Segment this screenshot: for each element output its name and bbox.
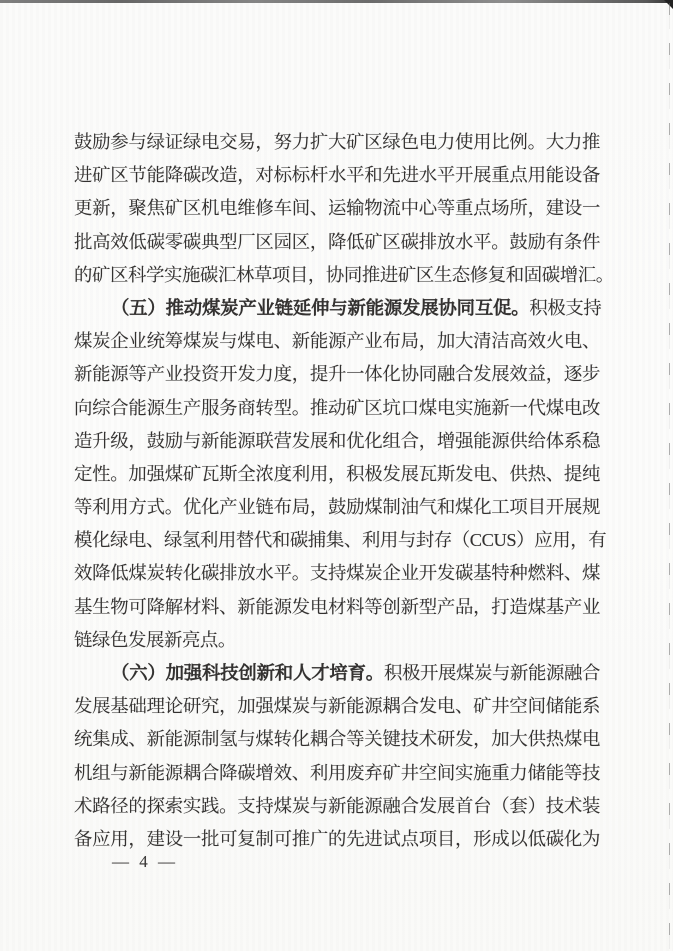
section-6-heading-rest: 积极开展煤炭与新能源融合 — [384, 663, 600, 683]
text-line: 基生物可降解材料、新能源发电材料等创新型产品，打造煤基产业 — [74, 591, 600, 624]
text-line: 进矿区节能降碳改造，对标标杆水平和先进水平开展重点用能设备 — [74, 159, 600, 192]
text-line: 煤炭企业统筹煤炭与煤电、新能源产业布局，加大清洁高效火电、 — [74, 325, 600, 358]
text-line: 新能源等产业投资开发力度，提升一体化协同融合发展效益，逐步 — [74, 358, 600, 391]
text-line: 造升级，鼓励与新能源联营发展和优化组合，增强能源供给体系稳 — [74, 425, 600, 458]
text-line: 更新，聚焦矿区机电维修车间、运输物流中心等重点场所，建设一 — [74, 192, 600, 225]
text-line: 的矿区科学实施碳汇林草项目，协同推进矿区生态修复和固碳增汇。 — [74, 259, 600, 292]
document-body: 鼓励参与绿证绿电交易，努力扩大矿区绿色电力使用比例。大力推 进矿区节能降碳改造，… — [74, 126, 600, 856]
section-5-heading: （五）推动煤炭产业链延伸与新能源发展协同互促。 — [111, 298, 529, 318]
text-line: 统集成、新能源制氢与煤转化耦合等关键技术研发，加大供热煤电 — [74, 723, 600, 756]
text-line: 链绿色发展新亮点。 — [74, 624, 600, 657]
document-page: 鼓励参与绿证绿电交易，努力扩大矿区绿色电力使用比例。大力推 进矿区节能降碳改造，… — [0, 0, 673, 951]
text-line: 发展基础理论研究，加强煤炭与新能源耦合发电、矿井空间储能系 — [74, 690, 600, 723]
text-line: 模化绿电、绿氢利用替代和碳捕集、利用与封存（CCUS）应用，有 — [74, 524, 600, 557]
section-5-heading-rest: 积极支持 — [529, 298, 601, 318]
text-line: 术路径的探索实践。支持煤炭与新能源融合发展首台（套）技术装 — [74, 790, 600, 823]
page-number: — 4 — — [112, 852, 178, 872]
text-line: 向综合能源生产服务商转型。推动矿区坑口煤电实施新一代煤电改 — [74, 392, 600, 425]
text-line: 等利用方式。优化产业链布局，鼓励煤制油气和煤化工项目开展规 — [74, 491, 600, 524]
text-line: 批高效低碳零碳典型厂区园区，降低矿区碳排放水平。鼓励有条件 — [74, 226, 600, 259]
scan-top-edge-artifact — [0, 0, 673, 3]
section-5-first-line: （五）推动煤炭产业链延伸与新能源发展协同互促。积极支持 — [74, 292, 600, 325]
text-line: 机组与新能源耦合降碳增效、利用废弃矿井空间实施重力储能等技 — [74, 757, 600, 790]
text-line: 定性。加强煤矿瓦斯全浓度利用，积极发展瓦斯发电、供热、提纯 — [74, 458, 600, 491]
section-6-first-line: （六）加强科技创新和人才培育。积极开展煤炭与新能源融合 — [74, 657, 600, 690]
section-6-heading: （六）加强科技创新和人才培育。 — [111, 663, 384, 683]
text-line: 鼓励参与绿证绿电交易，努力扩大矿区绿色电力使用比例。大力推 — [74, 126, 600, 159]
scan-right-edge-artifact — [669, 3, 670, 951]
text-line: 效降低煤炭转化碳排放水平。支持煤炭企业开发碳基特种燃料、煤 — [74, 557, 600, 590]
